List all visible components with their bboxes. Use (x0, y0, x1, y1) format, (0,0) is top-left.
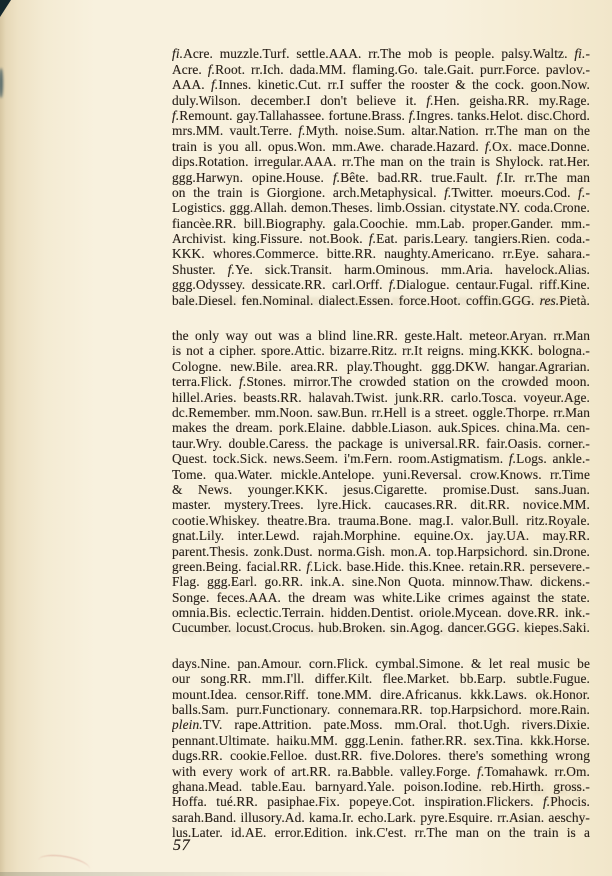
text-line: taur.Wry. double.Caress. the package is … (172, 436, 590, 451)
text-line: KKK. whores.Commerce. bitte.RR. naughty.… (172, 246, 590, 261)
paragraph-3: days.Nine. pan.Amour. corn.Flick. cymbal… (172, 656, 590, 841)
text-line: Quest. tock.Sick. news.Seem. i'm.Fern. r… (172, 451, 590, 466)
text-line: terra.Flick. f.Stones. mirror.The crowde… (172, 374, 590, 389)
text-line: sarah.Band. illusory.Ad. kama.Ir. echo.L… (172, 810, 590, 825)
text-line: balls.Sam. purr.Functionary. connemara.R… (172, 702, 590, 717)
paragraph-1: fi.Acre. muzzle.Turf. settle.AAA. rr.The… (172, 46, 590, 308)
text-line: gnat.Lily. inter.Lewd. rajah.Morphine. e… (172, 528, 590, 543)
page-bottom-edge-shading (0, 872, 612, 876)
text-line: dips.Rotation. irregular.AAA. rr.The man… (172, 154, 590, 169)
book-page: fi.Acre. muzzle.Turf. settle.AAA. rr.The… (0, 0, 612, 876)
text-line: green.Being. facial.RR. f.Lick. base.Hid… (172, 559, 590, 574)
text-line: Shuster. f.Ye. sick.Transit. harm.Ominou… (172, 262, 590, 277)
page-number: 57 (173, 837, 190, 855)
text-line: ggg.Harwyn. opine.House. f.Bête. bad.RR.… (172, 170, 590, 185)
text-line: Cologne. new.Bile. area.RR. play.Thought… (172, 359, 590, 374)
text-line: our song.RR. mm.I'll. differ.Kilt. flee.… (172, 671, 590, 686)
text-line: fi.Acre. muzzle.Turf. settle.AAA. rr.The… (172, 46, 590, 61)
text-line: pennant.Ultimate. haiku.MM. ggg.Lenin. f… (172, 733, 590, 748)
text-line: master. mystery.Trees. lyre.Hick. caucas… (172, 497, 590, 512)
text-line: Tome. qua.Water. mickle.Antelope. yuni.R… (172, 467, 590, 482)
text-line: is not a cipher. spore.Attic. bizarre.Ri… (172, 343, 590, 358)
text-line: Logistics. ggg.Allah. demon.Theses. limb… (172, 200, 590, 215)
text-line: the only way out was a blind line.RR. ge… (172, 328, 590, 343)
text-line: Acre. f.Root. rr.Ich. dada.MM. flaming.G… (172, 62, 590, 77)
scan-corner-artifact (0, 0, 11, 17)
text-line: train is you all. opus.Won. mm.Awe. char… (172, 139, 590, 154)
text-line: Cucumber. locust.Crocus. hub.Broken. sin… (172, 620, 590, 635)
text-line: Archivist. king.Fissure. not.Book. f.Eat… (172, 231, 590, 246)
text-line: dugs.RR. cookie.Felloe. dust.RR. five.Do… (172, 748, 590, 763)
scan-edge-smudge (0, 68, 3, 98)
text-line: AAA. f.Innes. kinetic.Cut. rr.I suffer t… (172, 77, 590, 92)
text-line: days.Nine. pan.Amour. corn.Flick. cymbal… (172, 656, 590, 671)
text-line: plein.TV. rape.Attrition. pate.Moss. mm.… (172, 717, 590, 732)
text-line: makes the dream. pork.Elaine. dabble.Lia… (172, 420, 590, 435)
text-line: with every work of art.RR. ra.Babble. va… (172, 764, 590, 779)
text-line: mrs.MM. vault.Terre. f.Myth. noise.Sum. … (172, 123, 590, 138)
text-block: fi.Acre. muzzle.Turf. settle.AAA. rr.The… (172, 33, 590, 854)
text-line: hillel.Aries. beasts.RR. halavah.Twist. … (172, 390, 590, 405)
text-line: omnia.Bis. eclectic.Terrain. hidden.Dent… (172, 605, 590, 620)
text-line: lus.Later. id.AE. error.Edition. ink.C'e… (172, 825, 590, 840)
text-line: on the train is Giorgione. arch.Metaphys… (172, 185, 590, 200)
text-line: bale.Diesel. fen.Nominal. dialect.Essen.… (172, 293, 590, 308)
text-line: Songe. feces.AAA. the dream was white.Li… (172, 590, 590, 605)
text-line: Hoffa. tué.RR. pasiphae.Fix. popeye.Cot.… (172, 794, 590, 809)
text-line: mount.Idea. censor.Riff. tone.MM. dire.A… (172, 687, 590, 702)
text-line: parent.Thesis. zonk.Dust. norma.Gish. mo… (172, 544, 590, 559)
text-line: Flag. ggg.Earl. go.RR. ink.A. sine.Non Q… (172, 574, 590, 589)
text-line: fiancèe.RR. bill.Biography. gala.Coochie… (172, 216, 590, 231)
text-line: duly.Wilson. december.I don't believe it… (172, 93, 590, 108)
text-line: f.Remount. gay.Tallahassee. fortune.Bras… (172, 108, 590, 123)
text-line: ghana.Mead. table.Eau. barnyard.Yale. po… (172, 779, 590, 794)
text-line: & News. younger.KKK. jesus.Cigarette. pr… (172, 482, 590, 497)
text-line: cootie.Whiskey. theatre.Bra. trauma.Bone… (172, 513, 590, 528)
text-line: dc.Remember. mm.Noon. saw.Bun. rr.Hell i… (172, 405, 590, 420)
text-line: ggg.Odyssey. dessicate.RR. carl.Orff. f.… (172, 277, 590, 292)
paragraph-2: the only way out was a blind line.RR. ge… (172, 328, 590, 636)
